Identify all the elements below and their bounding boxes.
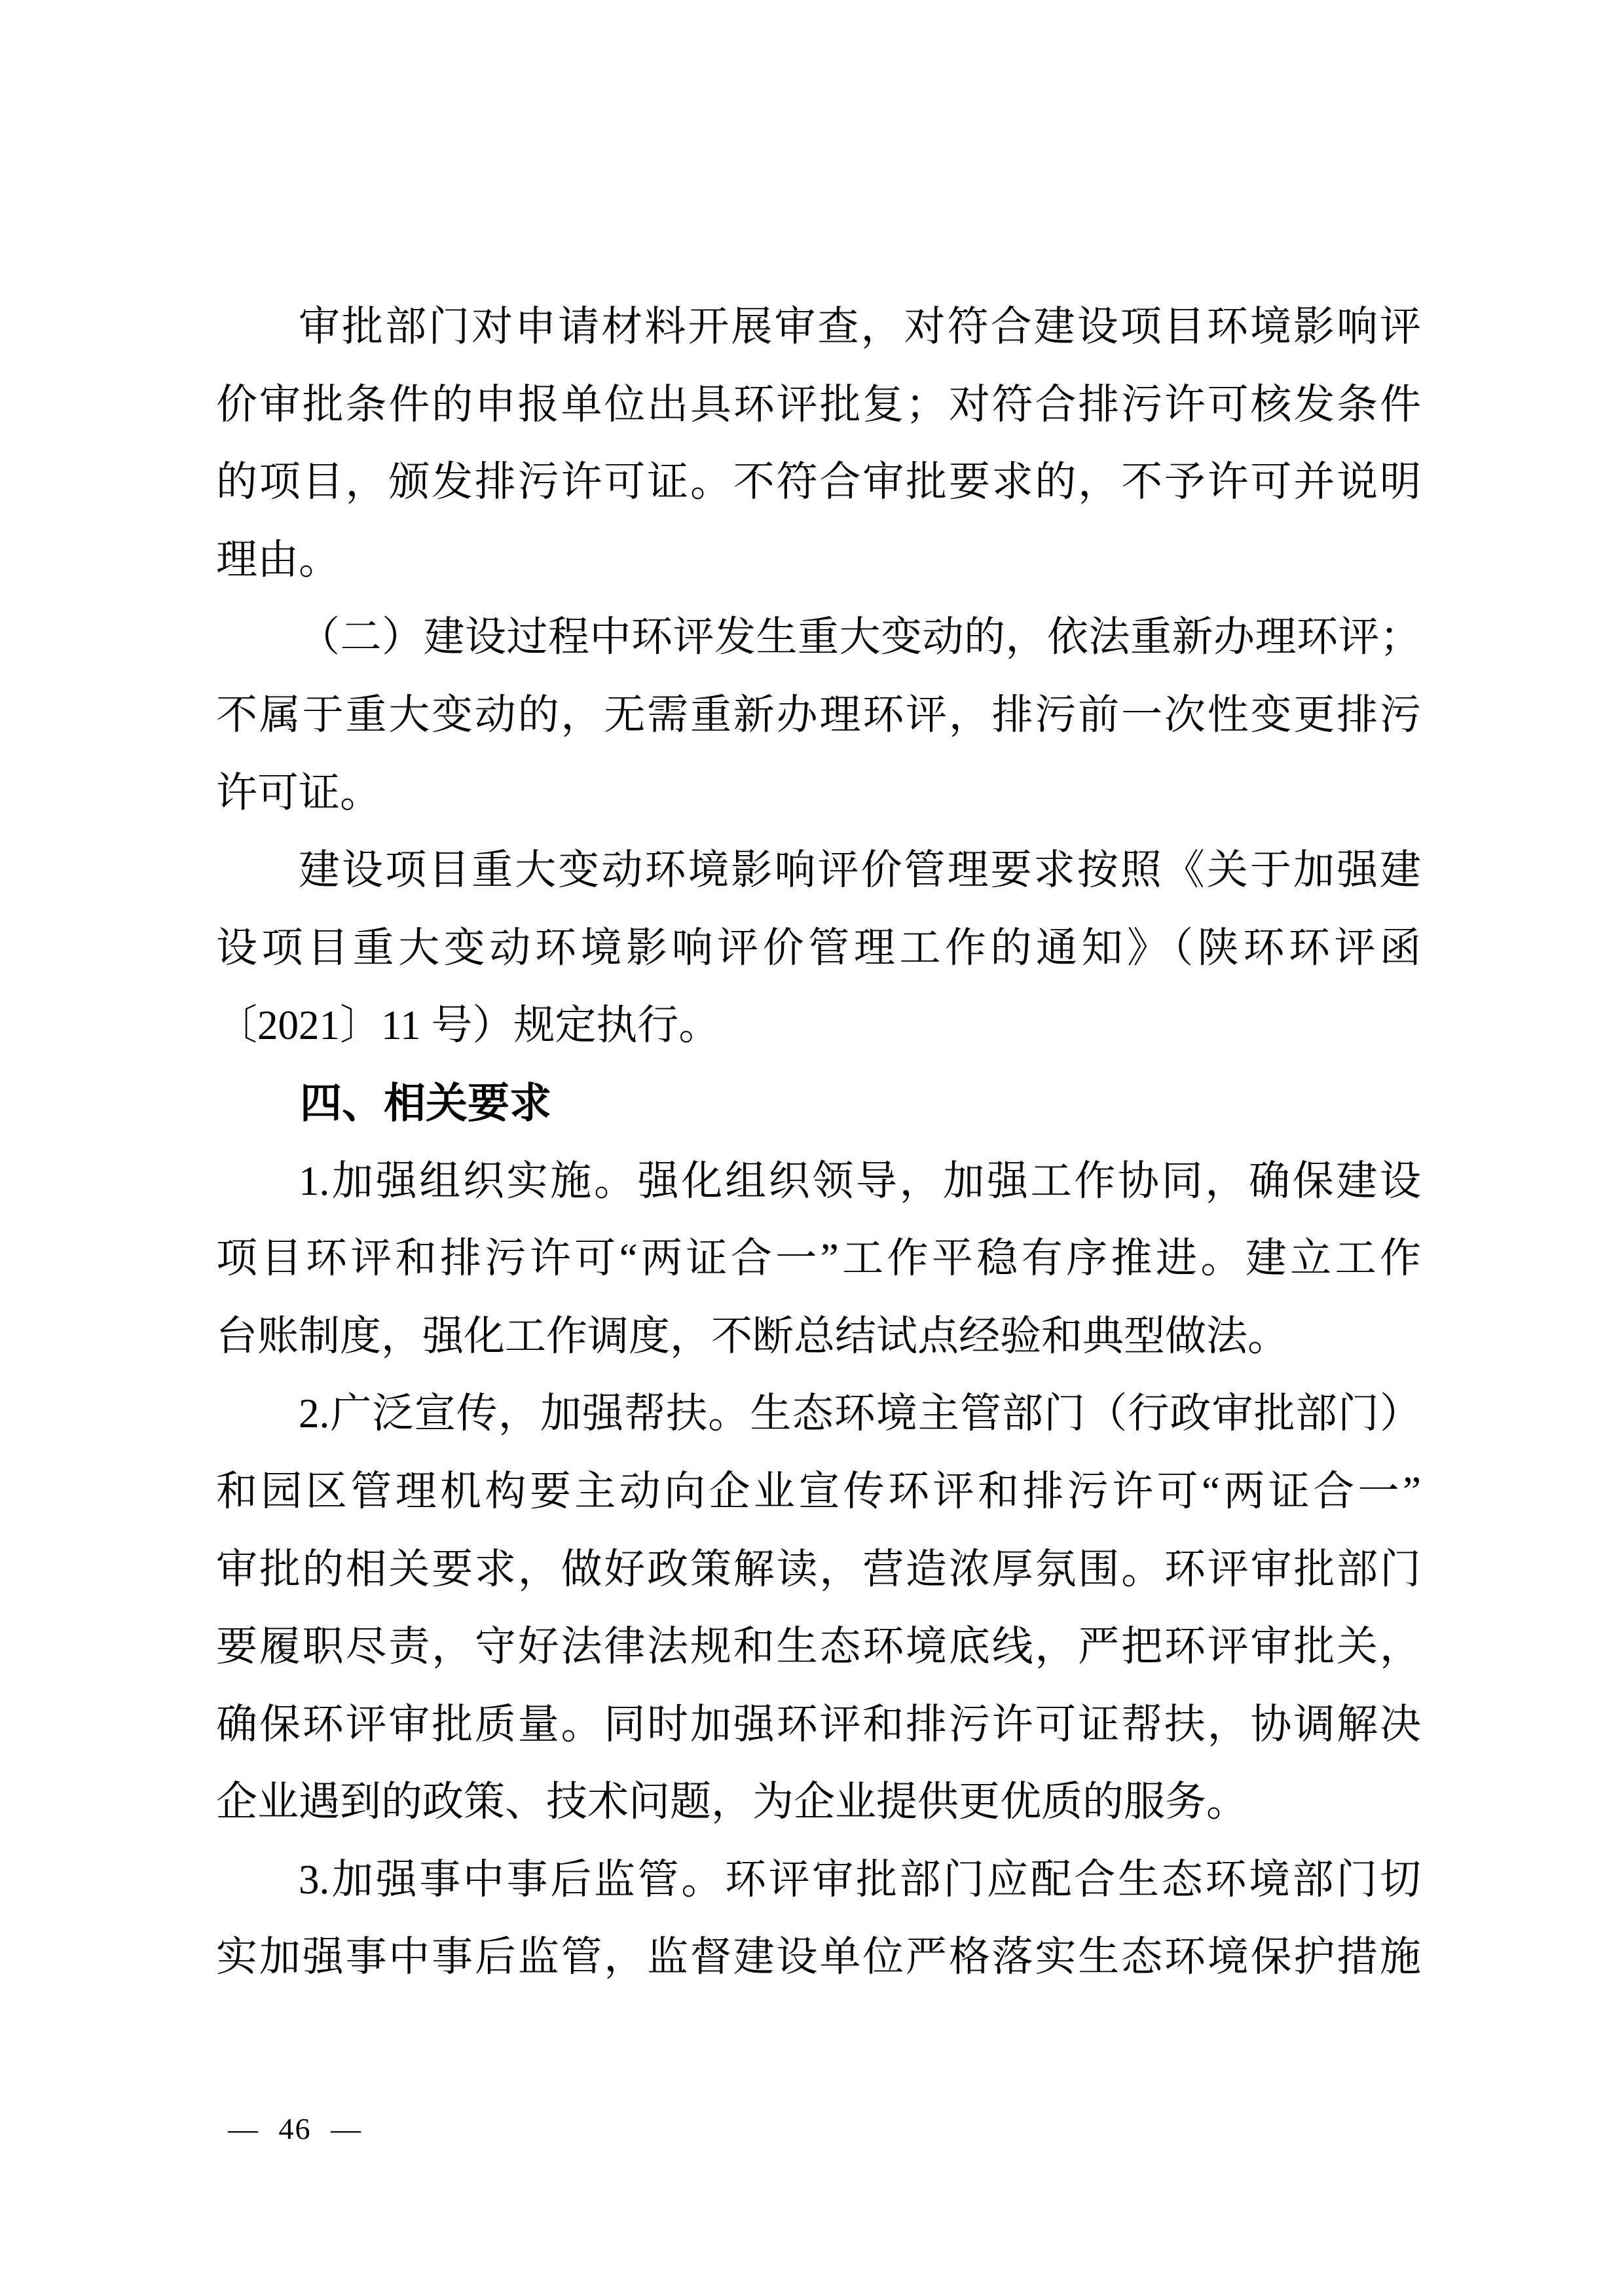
text-line: 建设项目重大变动环境影响评价管理要求按照《关于加强建 — [216, 831, 1421, 909]
text-line: 企业遇到的政策、技术问题，为企业提供更优质的服务。 — [216, 1763, 1421, 1841]
text-line: 3.加强事中事后监管。环评审批部门应配合生态环境部门切 — [216, 1841, 1421, 1919]
text-line: 实加强事中事后监管，监督建设单位严格落实生态环境保护措施 — [216, 1918, 1421, 1996]
paragraph: （二）建设过程中环评发生重大变动的，依法重新办理环评；不属于重大变动的，无需重新… — [216, 598, 1421, 831]
text-line: 不属于重大变动的，无需重新办理环评，排污前一次性变更排污 — [216, 676, 1421, 754]
paragraph: 1.加强组织实施。强化组织领导，加强工作协同，确保建设项目环评和排污许可“两证合… — [216, 1142, 1421, 1376]
document-page: 审批部门对申请材料开展审查，对符合建设项目环境影响评价审批条件的申报单位出具环评… — [0, 0, 1624, 2296]
paragraph: 审批部门对申请材料开展审查，对符合建设项目环境影响评价审批条件的申报单位出具环评… — [216, 288, 1421, 598]
text-line: 〔2021〕11 号）规定执行。 — [216, 987, 1421, 1065]
text-line: 1.加强组织实施。强化组织领导，加强工作协同，确保建设 — [216, 1142, 1421, 1220]
text-line: 和园区管理机构要主动向企业宣传环评和排污许可“两证合一” — [216, 1453, 1421, 1531]
text-line: 价审批条件的申报单位出具环评批复；对符合排污许可核发条件 — [216, 366, 1421, 444]
document-body: 审批部门对申请材料开展审查，对符合建设项目环境影响评价审批条件的申报单位出具环评… — [216, 288, 1421, 1996]
text-line: 审批部门对申请材料开展审查，对符合建设项目环境影响评 — [216, 288, 1421, 366]
text-line: （二）建设过程中环评发生重大变动的，依法重新办理环评； — [216, 598, 1421, 676]
text-line: 设项目重大变动环境影响评价管理工作的通知》（陕环环评函 — [216, 909, 1421, 987]
text-line: 许可证。 — [216, 754, 1421, 832]
text-line: 确保环评审批质量。同时加强环评和排污许可证帮扶，协调解决 — [216, 1686, 1421, 1764]
text-line: 的项目，颁发排污许可证。不符合审批要求的，不予许可并说明 — [216, 443, 1421, 521]
text-line: 2.广泛宣传，加强帮扶。生态环境主管部门（行政审批部门） — [216, 1375, 1421, 1453]
text-line: 台账制度，强化工作调度，不断总结试点经验和典型做法。 — [216, 1298, 1421, 1376]
text-line: 要履职尽责，守好法律法规和生态环境底线，严把环评审批关， — [216, 1608, 1421, 1686]
paragraph: 建设项目重大变动环境影响评价管理要求按照《关于加强建设项目重大变动环境影响评价管… — [216, 831, 1421, 1065]
text-line: 项目环评和排污许可“两证合一”工作平稳有序推进。建立工作 — [216, 1220, 1421, 1298]
paragraph: 2.广泛宣传，加强帮扶。生态环境主管部门（行政审批部门）和园区管理机构要主动向企… — [216, 1375, 1421, 1841]
page-number: — 46 — — [228, 2103, 362, 2155]
heading-text: 四、相关要求 — [216, 1065, 1421, 1142]
text-line: 理由。 — [216, 521, 1421, 599]
paragraph: 3.加强事中事后监管。环评审批部门应配合生态环境部门切实加强事中事后监管，监督建… — [216, 1841, 1421, 1996]
section-heading: 四、相关要求 — [216, 1065, 1421, 1142]
text-line: 审批的相关要求，做好政策解读，营造浓厚氛围。环评审批部门 — [216, 1531, 1421, 1609]
